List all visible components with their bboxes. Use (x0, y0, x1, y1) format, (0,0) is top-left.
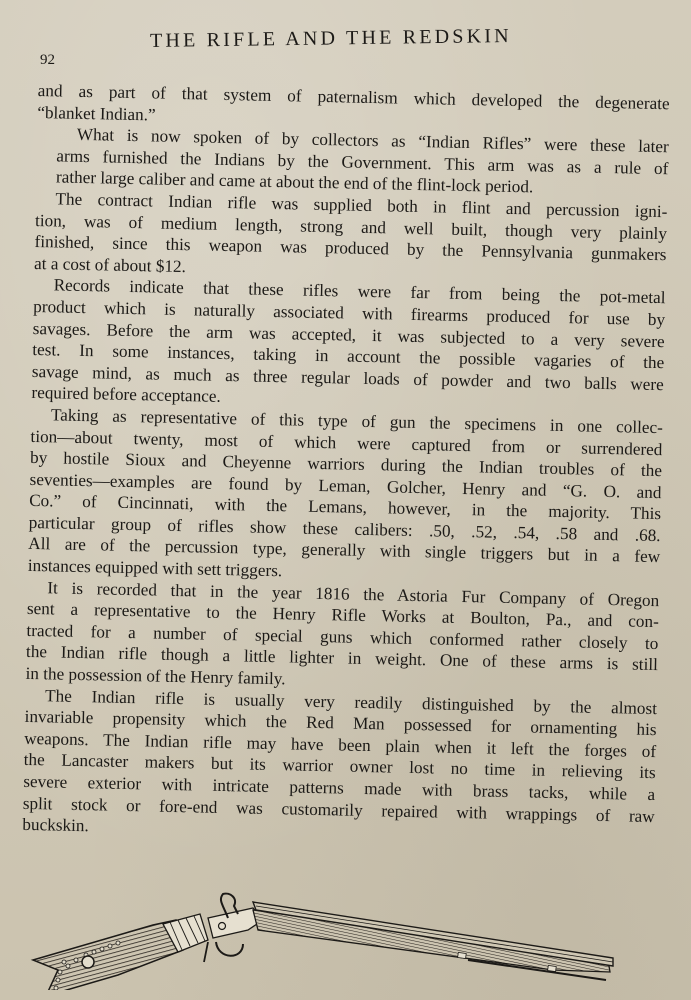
paragraph: The Indian rifle is usually very readily… (22, 684, 657, 848)
paragraph: Records indicate that these rifles were … (31, 274, 666, 417)
book-page: 92 THE RIFLE AND THE REDSKIN and as part… (0, 0, 691, 1000)
body-text: and as part of that system of paternalis… (22, 80, 670, 849)
paragraph: Taking as representative of this type of… (28, 404, 663, 590)
paragraph: It is recorded that in the year 1816 the… (25, 577, 659, 698)
running-head: THE RIFLE AND THE REDSKIN (150, 25, 512, 53)
rifle-illustration-icon (28, 880, 628, 990)
paragraph: The contract Indian rifle was supplied b… (34, 188, 668, 288)
page-number: 92 (40, 52, 55, 69)
